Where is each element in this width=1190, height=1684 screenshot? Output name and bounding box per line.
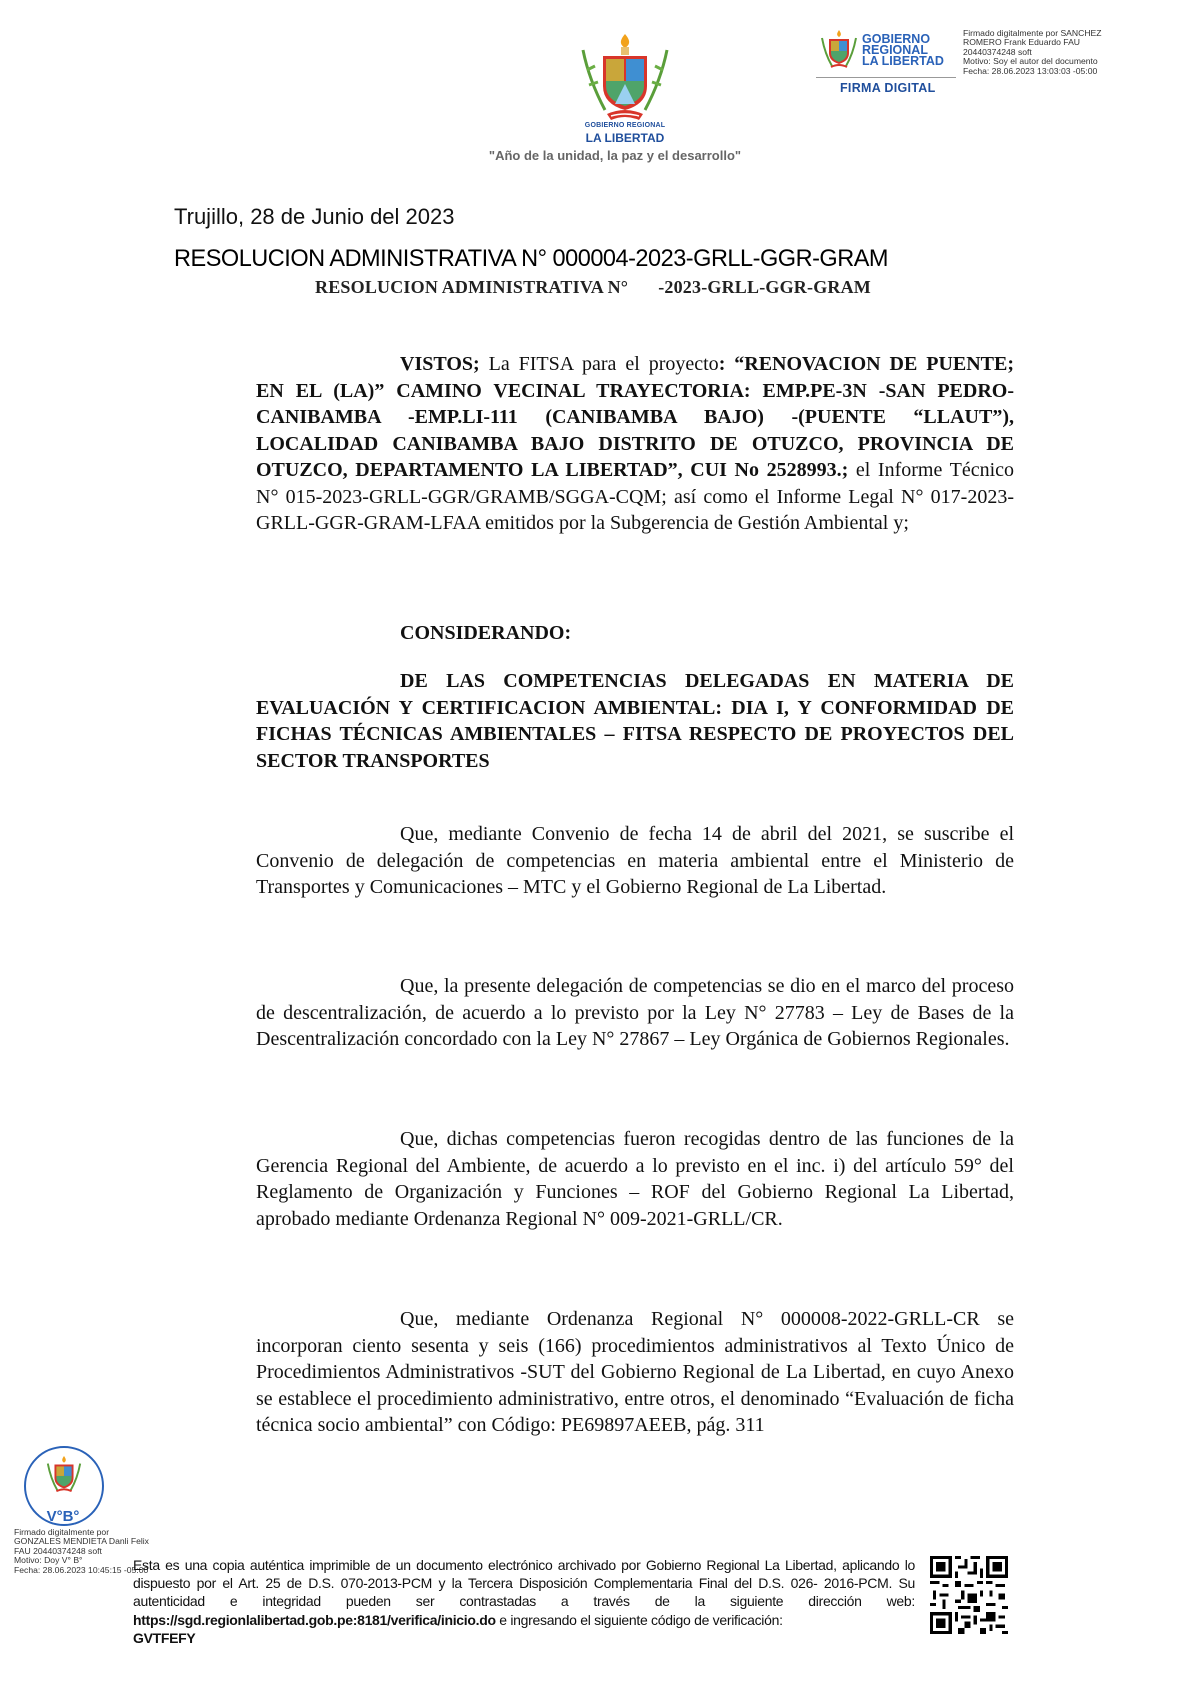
vobo-label: V°B° xyxy=(0,1508,126,1525)
vistos-label: VISTOS; xyxy=(400,353,480,375)
footer-text1: Esta es una copia auténtica imprimible d… xyxy=(133,1557,915,1609)
resolution-title: RESOLUCION ADMINISTRATIVA N° 000004-2023… xyxy=(174,245,888,273)
footer-text2: e ingresando el siguiente código de veri… xyxy=(496,1612,783,1628)
signature-divider xyxy=(816,77,956,78)
body-paragraph-2: Que, la presente delegación de competenc… xyxy=(256,973,1014,1053)
section-heading-text: DE LAS COMPETENCIAS DELEGADAS EN MATERIA… xyxy=(256,668,1014,774)
signature-brand-line3: LA LIBERTAD xyxy=(862,56,944,67)
body-paragraph-3: Que, dichas competencias fueron recogida… xyxy=(256,1126,1014,1232)
regional-crest-logo xyxy=(575,30,675,130)
signature-details-top: Firmado digitalmente por SANCHEZ ROMERO … xyxy=(963,29,1102,76)
authenticity-footer: Esta es una copia auténtica imprimible d… xyxy=(133,1556,915,1647)
vobo-crest-icon xyxy=(44,1454,84,1496)
resolution-subtitle-left: RESOLUCION ADMINISTRATIVA N° xyxy=(315,277,628,297)
signature-details-bottom: Firmado digitalmente por GONZALES MENDIE… xyxy=(14,1528,149,1575)
crest-org-line1: GOBIERNO REGIONAL xyxy=(560,122,690,129)
signature-brand: GOBIERNO REGIONAL LA LIBERTAD xyxy=(862,34,944,67)
vistos-paragraph: VISTOS; La FITSA para el proyecto: “RENO… xyxy=(256,351,1014,537)
verification-code: GVTFEFY xyxy=(133,1630,195,1646)
considerando-heading: CONSIDERANDO: xyxy=(256,620,1014,647)
resolution-subtitle-right: -2023-GRLL-GGR-GRAM xyxy=(658,277,871,297)
body-paragraph-4: Que, mediante Ordenanza Regional N° 0000… xyxy=(256,1306,1014,1439)
paragraph-text: Que, la presente delegación de competenc… xyxy=(256,973,1014,1053)
body-paragraph-1: Que, mediante Convenio de fecha 14 de ab… xyxy=(256,821,1014,901)
considerando-label: CONSIDERANDO: xyxy=(256,620,1014,647)
firma-digital-label: FIRMA DIGITAL xyxy=(840,81,936,95)
section-heading: DE LAS COMPETENCIAS DELEGADAS EN MATERIA… xyxy=(256,668,1014,774)
paragraph-text: Que, dichas competencias fueron recogida… xyxy=(256,1126,1014,1232)
paragraph-text: Que, mediante Convenio de fecha 14 de ab… xyxy=(256,821,1014,901)
vistos-text1: La FITSA para el proyecto xyxy=(480,353,719,375)
crest-org-line2: LA LIBERTAD xyxy=(560,131,690,145)
resolution-subtitle: RESOLUCION ADMINISTRATIVA N°-2023-GRLL-G… xyxy=(315,277,871,298)
qr-code-icon xyxy=(930,1556,1008,1634)
place-date: Trujillo, 28 de Junio del 2023 xyxy=(174,204,454,230)
year-motto: "Año de la unidad, la paz y el desarroll… xyxy=(0,148,1190,163)
paragraph-text: Que, mediante Ordenanza Regional N° 0000… xyxy=(256,1306,1014,1439)
signature-crest-icon xyxy=(818,28,860,72)
verification-url[interactable]: https://sgd.regionlalibertad.gob.pe:8181… xyxy=(133,1612,496,1628)
